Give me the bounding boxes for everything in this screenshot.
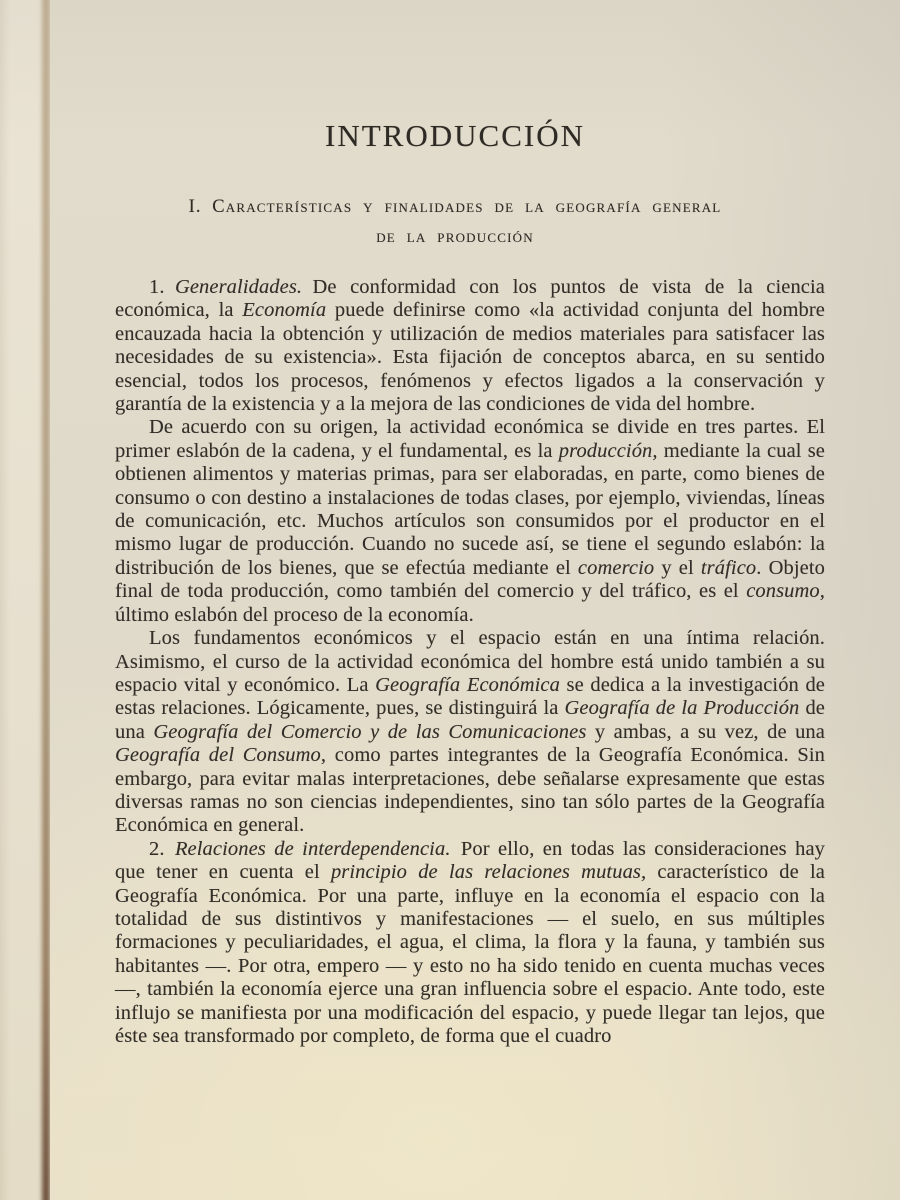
- italic-run: Relaciones de interdependencia.: [175, 838, 451, 860]
- italic-run: consumo,: [746, 580, 825, 602]
- book-page: INTRODUCCIÓN I. Características y finali…: [50, 0, 900, 1200]
- page-title: INTRODUCCIÓN: [115, 0, 795, 156]
- section-heading: I. Características y finalidades de la g…: [115, 192, 795, 252]
- italic-run: Geografía del Comercio y de las Comunica…: [153, 721, 586, 743]
- text-run: y ambas, a su vez, de una: [586, 721, 825, 743]
- book-page-photo: INTRODUCCIÓN I. Características y finali…: [0, 0, 900, 1200]
- italic-run: comercio: [578, 557, 654, 579]
- italic-run: Geografía de la Producción: [565, 697, 800, 719]
- section-heading-line2: de la producción: [115, 222, 795, 252]
- text-run: 2.: [149, 838, 175, 860]
- text-run: último eslabón del proceso de la economí…: [115, 604, 474, 626]
- section-heading-line1: I. Características y finalidades de la g…: [115, 192, 795, 222]
- paragraph-tres-partes: De acuerdo con su origen, la actividad e…: [115, 416, 825, 627]
- previous-page-edge: [0, 0, 46, 1200]
- italic-run: Geografía Económica: [375, 674, 560, 696]
- italic-run: producción,: [559, 440, 658, 462]
- paragraph-geografia-economica: Los fundamentos económicos y el espacio …: [115, 627, 825, 838]
- italic-run: tráfico: [701, 557, 756, 579]
- italic-run: Geografía del Consumo: [115, 744, 321, 766]
- text-run: característico de la Geografía Económica…: [115, 861, 825, 1047]
- italic-run: principio de las relaciones mutuas,: [331, 861, 646, 883]
- italic-run: Economía: [242, 299, 326, 321]
- italic-run: Generalidades.: [175, 276, 302, 298]
- text-run: y el: [654, 557, 701, 579]
- paragraph-relaciones-interdependencia: 2. Relaciones de interdependencia. Por e…: [115, 838, 825, 1049]
- body-text: 1. Generalidades. De conformidad con los…: [115, 276, 825, 1048]
- heading-block: INTRODUCCIÓN I. Características y finali…: [115, 0, 825, 252]
- page-gutter-crease: [42, 0, 50, 1200]
- paragraph-generalidades: 1. Generalidades. De conformidad con los…: [115, 276, 825, 416]
- text-run: 1.: [149, 276, 175, 298]
